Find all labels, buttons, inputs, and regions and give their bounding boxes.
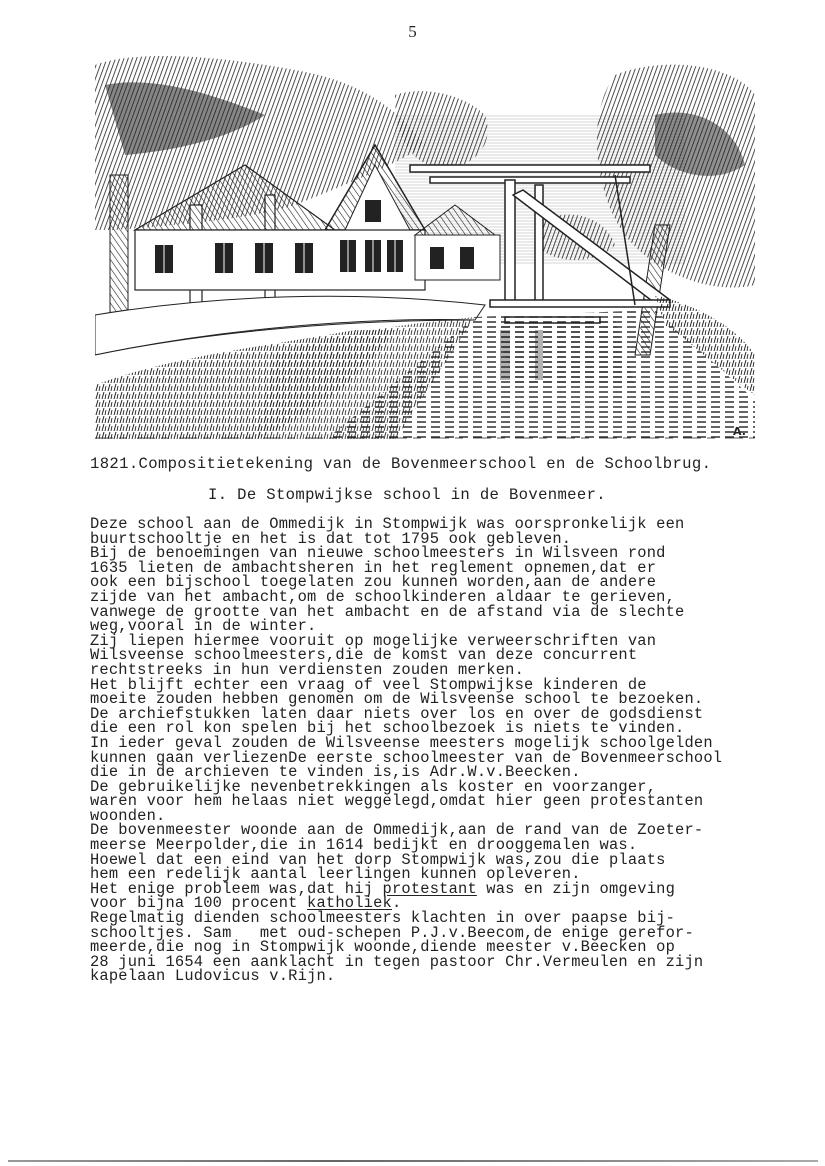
section-heading: I. De Stompwijkse school in de Bovenmeer… xyxy=(208,486,606,504)
artist-signature: A. xyxy=(733,425,746,438)
ink-drawing xyxy=(95,55,755,440)
body-text: Deze school aan de Ommedijk in Stompwijk… xyxy=(90,517,722,984)
bottom-rule xyxy=(8,1160,818,1162)
illustration-school-and-drawbridge xyxy=(95,55,755,440)
text-line: waren voor hem helaas niet weggelegd,omd… xyxy=(90,794,722,809)
text-segment: was en zijn omgeving xyxy=(477,880,675,898)
page-number: 5 xyxy=(0,22,825,42)
figure-caption: 1821.Compositietekening van de Bovenmeer… xyxy=(90,455,711,473)
text-line: kapelaan Ludovicus v.Rijn. xyxy=(90,969,722,984)
